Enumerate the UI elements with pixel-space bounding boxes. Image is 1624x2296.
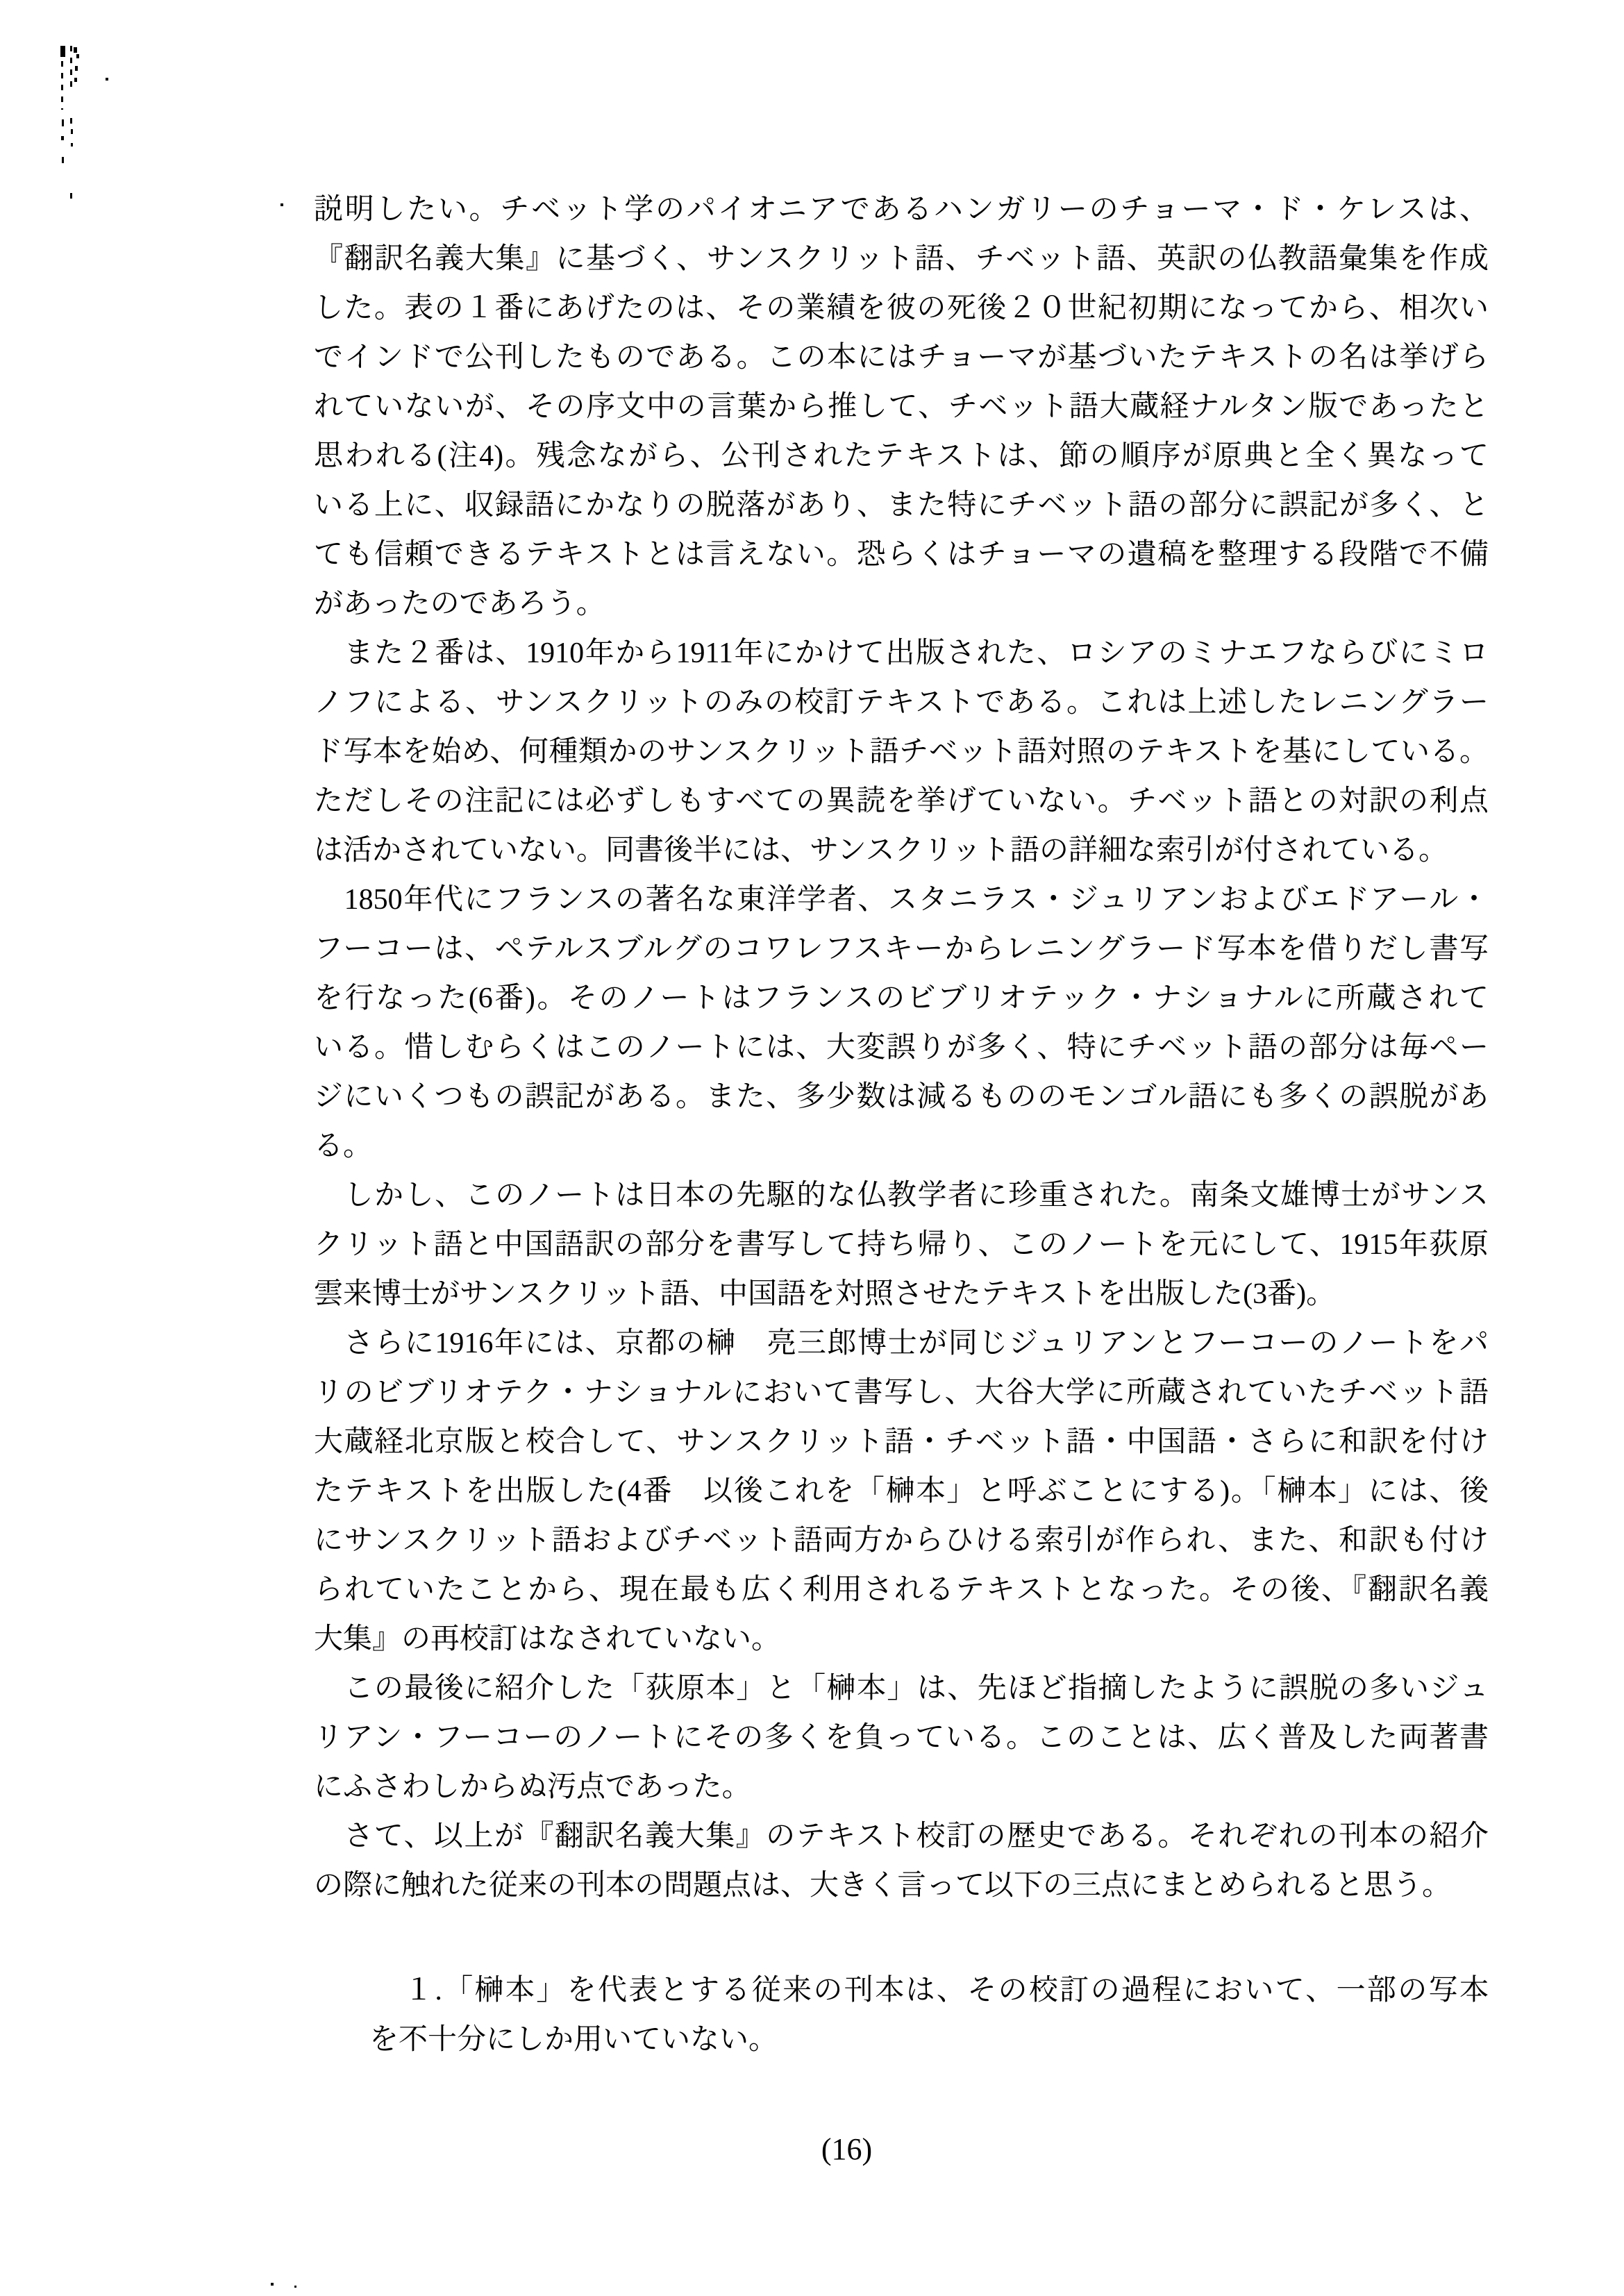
text-line: しかし、このノートは日本の先駆的な仏教学者に珍重された。南条文雄博士がサンス	[314, 1171, 1489, 1221]
text-line: る。	[314, 1122, 1489, 1171]
text-line: の際に触れた従来の刊本の問題点は、大きく言って以下の三点にまとめられると思う。	[314, 1861, 1489, 1911]
text-line: ても信頼できるテキストとは言えない。恐らくはチョーマの遺稿を整理する段階で不備	[314, 530, 1489, 580]
page-number: (16)	[0, 2125, 1624, 2174]
document-text: 説明したい。チベット学のパイオニアであるハンガリーのチョーマ・ド・ケレスは、『翻…	[314, 185, 1489, 2065]
text-line: にふさわしからぬ汚点であった。	[314, 1763, 1489, 1812]
text-line: いる上に、収録語にかなりの脱落があり、また特にチベット語の部分に誤記が多く、と	[314, 481, 1489, 530]
scan-noise-mark	[106, 78, 108, 81]
text-line: いる。惜しむらくはこのノートには、大変誤りが多く、特にチベット語の部分は毎ペー	[314, 1023, 1489, 1073]
text-line: 説明したい。チベット学のパイオニアであるハンガリーのチョーマ・ド・ケレスは、	[314, 185, 1489, 235]
text-line: ジにいくつもの誤記がある。また、多少数は減るもののモンゴル語にも多くの誤脱があ	[314, 1073, 1489, 1122]
scan-noise-mark	[61, 61, 63, 110]
scan-noise-mark	[71, 143, 73, 146]
text-line: ノフによる、サンスクリットのみの校訂テキストである。これは上述したレニングラー	[314, 678, 1489, 728]
paragraph: 説明したい。チベット学のパイオニアであるハンガリーのチョーマ・ド・ケレスは、『翻…	[314, 185, 1489, 629]
text-line: クリット語と中国語訳の部分を書写して持ち帰り、このノートを元にして、1915年荻…	[314, 1221, 1489, 1270]
text-line: リアン・フーコーのノートにその多くを負っている。このことは、広く普及した両著書	[314, 1713, 1489, 1763]
scan-noise-mark	[62, 157, 64, 163]
scan-noise-mark	[294, 2286, 296, 2288]
numbered-item: １.「榊本」を代表とする従来の刊本は、その校訂の過程において、一部の写本を不十分…	[314, 1966, 1489, 2065]
text-line: 大蔵経北京版と校合して、サンスクリット語・チベット語・中国語・さらに和訳を付け	[314, 1418, 1489, 1467]
text-line: さらに1916年には、京都の榊 亮三郎博士が同じジュリアンとフーコーのノートをパ	[314, 1319, 1489, 1368]
text-line: があったのであろう。	[314, 580, 1489, 629]
text-line: にサンスクリット語およびチベット語両方からひける索引が作られ、また、和訳も付け	[314, 1516, 1489, 1566]
text-line: さて、以上が『翻訳名義大集』のテキスト校訂の歴史である。それぞれの刊本の紹介	[314, 1812, 1489, 1861]
scan-noise-mark	[75, 66, 78, 71]
text-line: ただしその注記には必ずしもすべての異読を挙げていない。チベット語との対訳の利点	[314, 777, 1489, 826]
paragraph: しかし、このノートは日本の先駆的な仏教学者に珍重された。南条文雄博士がサンスクリ…	[314, 1171, 1489, 1319]
scanned-page: 説明したい。チベット学のパイオニアであるハンガリーのチョーマ・ド・ケレスは、『翻…	[0, 0, 1624, 2296]
text-line: フーコーは、ペテルスブルグのコワレフスキーからレニングラード写本を借りだし書写	[314, 925, 1489, 974]
text-line: した。表の１番にあげたのは、その業績を彼の死後２０世紀初期になってから、相次い	[314, 284, 1489, 333]
scan-noise-mark	[70, 193, 72, 199]
scan-noise-mark	[61, 136, 64, 140]
scan-noise-mark	[71, 129, 73, 134]
scan-noise-mark	[271, 2283, 274, 2286]
scan-noise-mark	[60, 46, 65, 57]
scan-noise-mark	[74, 78, 77, 82]
paragraph: さらに1916年には、京都の榊 亮三郎博士が同じジュリアンとフーコーのノートをパ…	[314, 1319, 1489, 1664]
paragraph: さて、以上が『翻訳名義大集』のテキスト校訂の歴史である。それぞれの刊本の紹介の際…	[314, 1812, 1489, 1911]
text-line: 雲来博士がサンスクリット語、中国語を対照させたテキストを出版した(3番)。	[314, 1270, 1489, 1319]
text-line: を行なった(6番)。そのノートはフランスのビブリオテック・ナショナルに所蔵されて	[314, 974, 1489, 1023]
paragraph: また２番は、1910年から1911年にかけて出版された、ロシアのミナエフならびに…	[314, 629, 1489, 875]
scan-noise-mark	[74, 47, 77, 53]
text-line: １.「榊本」を代表とする従来の刊本は、その校訂の過程において、一部の写本	[314, 1966, 1489, 2016]
text-line: でインドで公刊したものである。この本にはチョーマが基づいたテキストの名は挙げら	[314, 333, 1489, 383]
text-line: この最後に紹介した「荻原本」と「榊本」は、先ほど指摘したように誤脱の多いジュ	[314, 1664, 1489, 1713]
text-line: 大集』の再校訂はなされていない。	[314, 1615, 1489, 1664]
text-line: れていないが、その序文中の言葉から推して、チベット語大蔵経ナルタン版であったと	[314, 383, 1489, 432]
scan-noise-mark	[62, 119, 64, 126]
text-line: また２番は、1910年から1911年にかけて出版された、ロシアのミナエフならびに…	[314, 629, 1489, 678]
text-line: たテキストを出版した(4番 以後これを「榊本」と呼ぶことにする)。「榊本」には、…	[314, 1467, 1489, 1516]
text-line: 『翻訳名義大集』に基づく、サンスクリット語、チベット語、英訳の仏教語彙集を作成	[314, 235, 1489, 284]
text-line: を不十分にしか用いていない。	[314, 2016, 1489, 2065]
text-line: リのビブリオテク・ナショナルにおいて書写し、大谷大学に所蔵されていたチベット語	[314, 1368, 1489, 1418]
scan-noise-mark	[70, 46, 72, 92]
text-line: は活かされていない。同書後半には、サンスクリット語の詳細な索引が付されている。	[314, 826, 1489, 875]
text-line: ド写本を始め、何種類かのサンスクリット語チベット語対照のテキストを基にしている。	[314, 728, 1489, 777]
scan-noise-mark	[76, 54, 79, 58]
scan-noise-mark	[281, 203, 283, 206]
text-line: 1850年代にフランスの著名な東洋学者、スタニラス・ジュリアンおよびエドアール・	[314, 875, 1489, 925]
scan-noise-mark	[70, 118, 72, 124]
text-line: 思われる(注4)。残念ながら、公刊されたテキストは、節の順序が原典と全く異なって	[314, 432, 1489, 481]
paragraph: 1850年代にフランスの著名な東洋学者、スタニラス・ジュリアンおよびエドアール・…	[314, 875, 1489, 1171]
text-line: られていたことから、現在最も広く利用されるテキストとなった。その後、『翻訳名義	[314, 1566, 1489, 1615]
paragraph: この最後に紹介した「荻原本」と「榊本」は、先ほど指摘したように誤脱の多いジュリア…	[314, 1664, 1489, 1812]
